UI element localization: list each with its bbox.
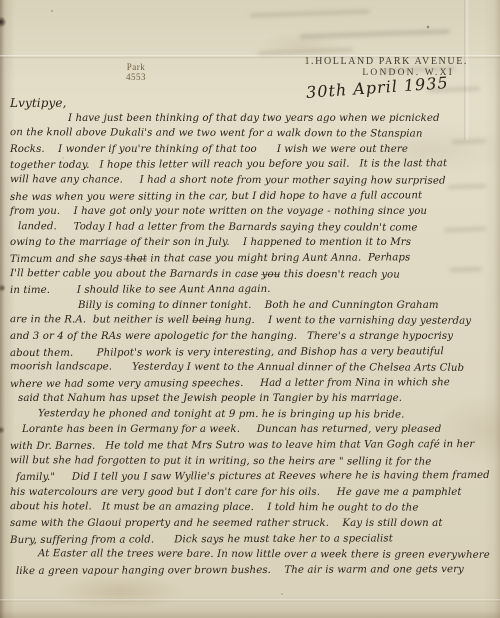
letter-line: family." Did I tell you I saw Wyllie's p… [10, 468, 494, 486]
letter-line: where we had some very amusing speeches.… [10, 375, 494, 393]
letter-line: I have just been thinking of that day tw… [10, 111, 494, 127]
letter-line: Rocks. I wonder if you're thinking of th… [10, 142, 494, 158]
letter-line: Billy is coming to dinner tonight. Both … [10, 298, 494, 314]
phone-stamp: Park 4553 [126, 62, 146, 82]
letter-line: from you. I have got only your note writ… [10, 204, 494, 220]
letter-line: about his hotel. It must be an amazing p… [10, 500, 494, 517]
letter-line: same with the Glaoui property and he see… [10, 516, 494, 532]
letter-line: Lvytipye, [10, 94, 494, 112]
letter-line: with Dr. Barnes. He told me that Mrs Sut… [10, 437, 494, 455]
letter-line: will have any chance. I had a short note… [10, 172, 494, 189]
letter-line: said that Nahum has upset the Jewish peo… [10, 391, 494, 407]
letter-line: his watercolours are very good but I don… [10, 485, 494, 501]
letter-line: moorish landscape. Yesterday I went to t… [10, 359, 494, 376]
fold-crease-bottom [0, 599, 500, 602]
letter-line: are in the R.A. but neither is well b̶e̶… [10, 312, 494, 329]
phone-number: 4553 [126, 72, 146, 82]
letter-line: Lorante has been in Germany for a week. … [10, 422, 494, 438]
letter-line: in time. I should like to see Aunt Anna … [10, 281, 494, 299]
letter-line: Timcum and she says t̶h̶a̶t̶ in that cas… [10, 250, 494, 268]
letter-body: Lvytipye,I have just been thinking of th… [10, 95, 494, 578]
letter-line: Yesterday he phoned and tonight at 9 pm.… [10, 406, 494, 423]
letter-line: she was when you were sitting in the car… [10, 188, 494, 206]
letter-line: like a green vapour hanging over brown b… [10, 562, 494, 580]
phone-exchange: Park [126, 62, 146, 72]
address-line-1: 1.HOLLAND PARK AVENUE. [304, 56, 468, 67]
letter-line: together today. I hope this letter will … [10, 156, 494, 174]
letter-line: landed. Today I had a letter from the Ba… [10, 219, 494, 236]
handwritten-letter-scan: Park 4553 1.HOLLAND PARK AVENUE. LONDON.… [0, 0, 500, 618]
letter-line: and 3 or 4 of the RAs were apologetic fo… [10, 329, 494, 345]
letter-line: owing to the marriage of their son in Ju… [10, 235, 494, 251]
letter-line: on the knoll above Dukali's and we two w… [10, 125, 494, 142]
letter-line: At Easter all the trees were bare. In no… [10, 546, 494, 563]
